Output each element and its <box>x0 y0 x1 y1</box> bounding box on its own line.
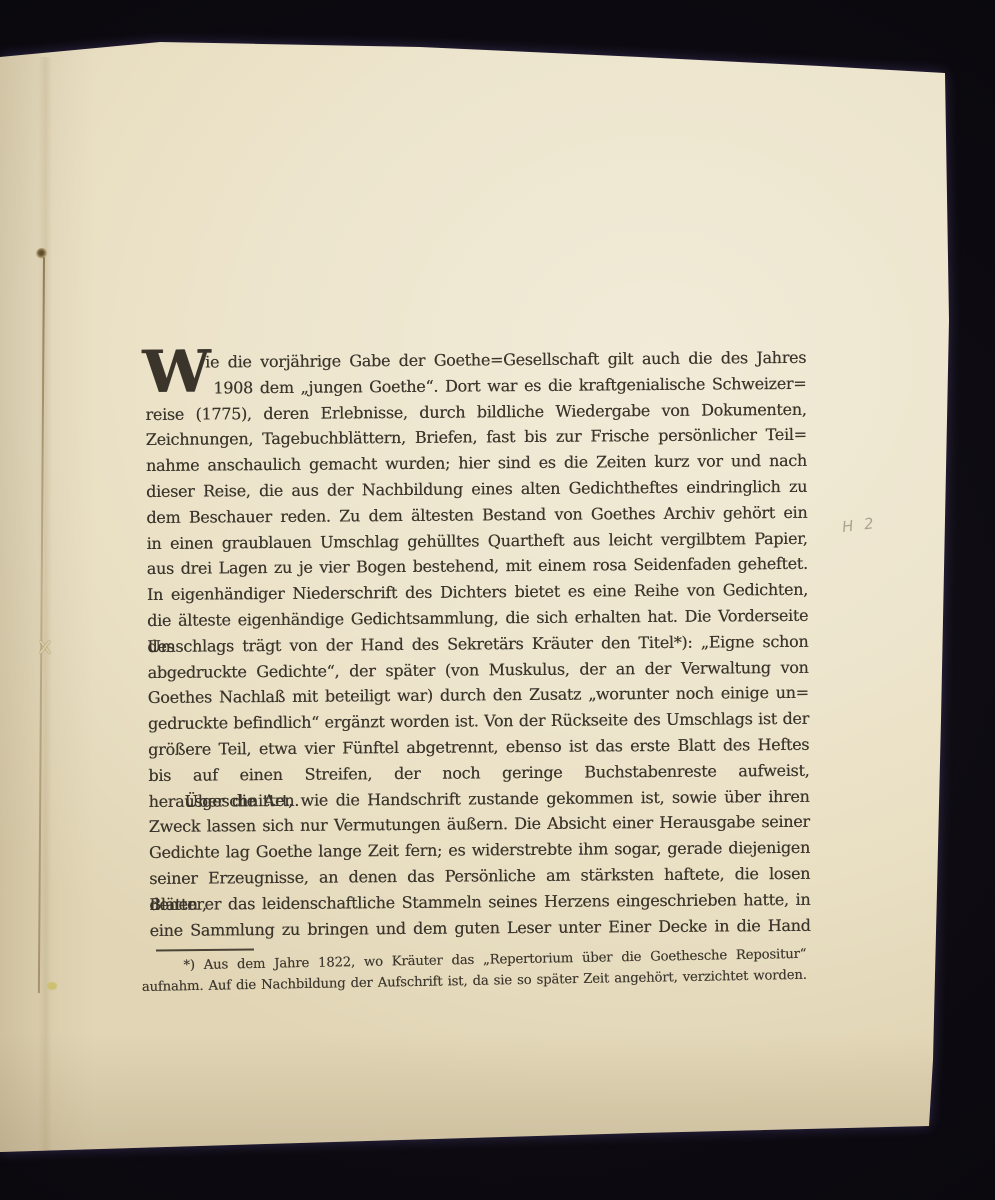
footnote-block: *) Aus dem Jahre 1822, wo Kräuter das „R… <box>141 945 807 998</box>
book-page: W ie die vorjährige Gabe der Goethe=Gese… <box>0 0 995 1200</box>
drop-cap-initial: W <box>142 343 205 401</box>
wax-spot <box>47 982 57 990</box>
main-text-block: W ie die vorjährige Gabe der Goethe=Gese… <box>145 345 811 944</box>
pencil-margin-note: H 2 <box>841 514 878 536</box>
photo-background: W ie die vorjährige Gabe der Goethe=Gese… <box>0 0 995 1200</box>
footnote-rule <box>156 948 254 951</box>
stitch-hole-top <box>36 248 48 259</box>
stitch-cross <box>36 638 54 656</box>
page-wrap: W ie die vorjährige Gabe der Goethe=Gese… <box>0 0 995 1200</box>
text-line: eine Sammlung zu bringen und dem guten L… <box>149 912 810 943</box>
